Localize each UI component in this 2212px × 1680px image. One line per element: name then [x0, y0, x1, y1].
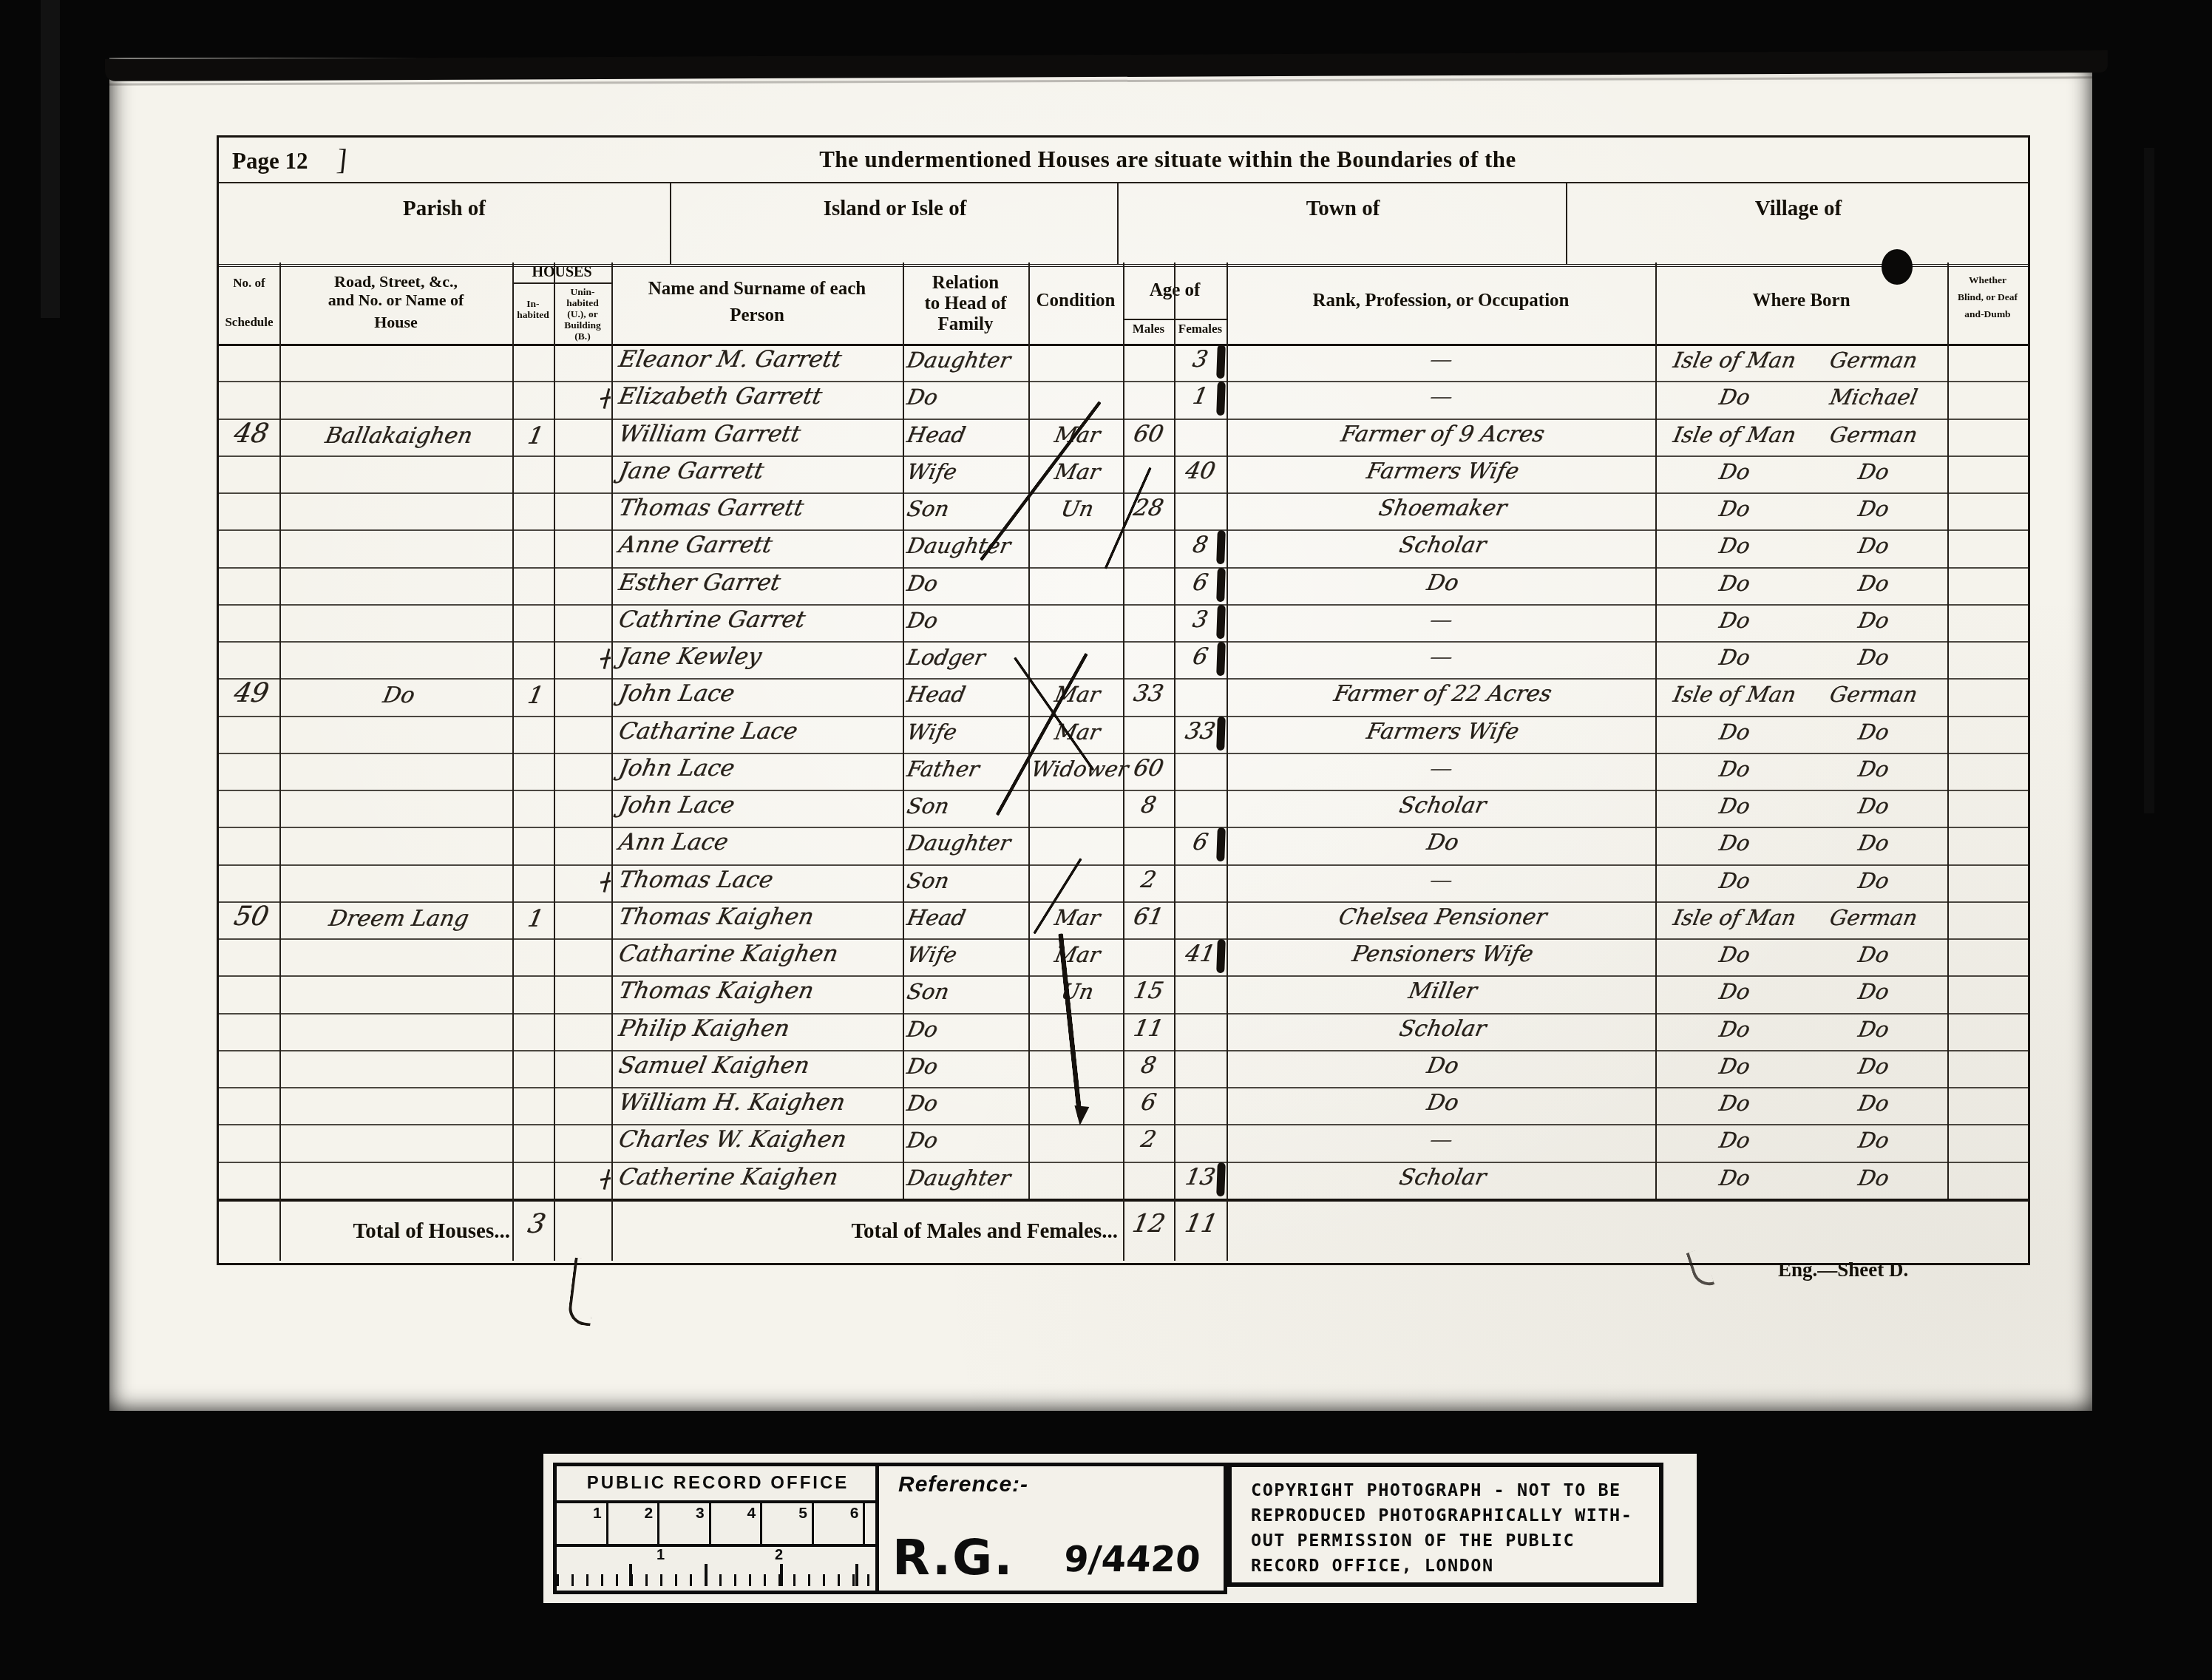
- column-rule: [279, 262, 281, 1261]
- column-rule: [1947, 262, 1949, 1199]
- where-born-parish: Do: [1805, 719, 1942, 745]
- parish-of-label: Parish of: [219, 197, 670, 221]
- copyright-line: OUT PERMISSION OF THE PUBLIC: [1251, 1528, 1659, 1553]
- where-born-county: Isle of Man: [1660, 905, 1809, 930]
- where-born-county: Do: [1660, 719, 1809, 745]
- where-born-parish: Do: [1805, 1091, 1942, 1116]
- relation-to-head: Do: [905, 1017, 1033, 1042]
- relation-to-head: Daughter: [905, 533, 1033, 558]
- schedule-number: 50: [219, 901, 284, 932]
- relation-to-head: Head: [905, 422, 1033, 447]
- person-name: William H. Kaighen: [617, 1089, 912, 1116]
- where-born-county: Do: [1660, 793, 1809, 819]
- person-name: Thomas Kaighen: [617, 978, 912, 1004]
- age-male: 2: [1122, 1126, 1175, 1153]
- where-born-county: Do: [1660, 1017, 1809, 1042]
- occupation: Shoemaker: [1227, 495, 1658, 521]
- occupation: —: [1227, 644, 1658, 670]
- column-rule: [1227, 262, 1228, 1261]
- inhabited-mark: 1: [513, 421, 558, 450]
- where-born-parish: Do: [1805, 942, 1942, 967]
- reference-label: Reference:-: [898, 1472, 1028, 1497]
- where-born-county: Do: [1660, 979, 1809, 1004]
- ink-arrowhead: [1073, 1105, 1090, 1126]
- relation-to-head: Son: [905, 979, 1033, 1004]
- relation-to-head: Wife: [905, 942, 1033, 967]
- occupation: —: [1227, 347, 1658, 373]
- person-name: Philip Kaighen: [617, 1015, 912, 1042]
- person-name: Catharine Lace: [617, 718, 912, 745]
- column-rule: [512, 262, 514, 1261]
- age-male: 8: [1122, 792, 1175, 819]
- form-title-row: Page 12 ] The undermentioned Houses are …: [219, 138, 2028, 182]
- where-born-parish: Do: [1805, 496, 1942, 521]
- copyright-line: RECORD OFFICE, LONDON: [1251, 1553, 1659, 1578]
- where-born-parish: German: [1805, 348, 1942, 373]
- person-name: Catherine Kaighen: [617, 1164, 912, 1190]
- town-of-label: Town of: [1119, 197, 1567, 221]
- boundary-cell-town: Town of: [1117, 183, 1567, 264]
- person-name: Thomas Lace: [617, 867, 912, 893]
- ink-tally-stroke: [1216, 567, 1226, 601]
- header-relation: Relation to Head of Family: [903, 262, 1028, 354]
- occupation: Farmer of 22 Acres: [1227, 681, 1658, 707]
- occupation: Farmer of 9 Acres: [1227, 421, 1658, 447]
- where-born-county: Do: [1660, 942, 1809, 967]
- column-rule: [554, 262, 555, 1261]
- public-record-office-stamp: PUBLIC RECORD OFFICE 1 2 3 4 5 6 1 2 Ref…: [543, 1454, 1697, 1603]
- island-or-isle-of-label: Island or Isle of: [671, 197, 1119, 221]
- age-male: 11: [1122, 1015, 1175, 1042]
- boundary-cell-parish: Parish of: [219, 183, 670, 264]
- form-title: The undermentioned Houses are situate wi…: [219, 146, 2028, 173]
- total-houses-value: 3: [515, 1209, 559, 1239]
- person-name: William Garrett: [617, 421, 912, 447]
- where-born-parish: Do: [1805, 533, 1942, 558]
- ink-tally-stroke: [1216, 1162, 1226, 1196]
- enumerator-tick-mark: [600, 388, 612, 410]
- relation-to-head: Do: [905, 385, 1033, 410]
- where-born-parish: Do: [1805, 645, 1942, 670]
- age-male: 15: [1122, 978, 1175, 1004]
- boundary-cell-island: Island or Isle of: [670, 183, 1119, 264]
- film-streak: [2144, 148, 2154, 813]
- where-born-county: Do: [1660, 533, 1809, 558]
- ruler-inches: 1 2: [557, 1547, 879, 1586]
- person-name: John Lace: [617, 755, 912, 782]
- where-born-county: Do: [1660, 459, 1809, 484]
- where-born-parish: Do: [1805, 1165, 1942, 1190]
- where-born-county: Do: [1660, 1054, 1809, 1079]
- where-born-parish: Do: [1805, 756, 1942, 782]
- total-females-value: 11: [1174, 1209, 1229, 1239]
- occupation: —: [1227, 607, 1658, 633]
- enumerator-tick-mark: [600, 648, 612, 671]
- relation-to-head: Son: [905, 868, 1033, 893]
- occupation: —: [1227, 1127, 1658, 1153]
- total-males-value: 12: [1122, 1209, 1175, 1239]
- where-born-parish: Do: [1805, 868, 1942, 893]
- marital-condition: Widower: [1029, 756, 1126, 782]
- where-born-county: Isle of Man: [1660, 682, 1809, 707]
- pro-ruler-box: PUBLIC RECORD OFFICE 1 2 3 4 5 6 1 2: [553, 1463, 883, 1594]
- relation-to-head: Daughter: [905, 348, 1033, 373]
- schedule-number: 48: [219, 419, 284, 449]
- age-male: 6: [1122, 1089, 1175, 1116]
- where-born-county: Do: [1660, 830, 1809, 856]
- house-name: Ballakaighen: [282, 423, 515, 449]
- header-disability: Whether Blind, or Deaf and-Dumb: [1947, 262, 2028, 356]
- copyright-box: COPYRIGHT PHOTOGRAPH - NOT TO BE REPRODU…: [1227, 1463, 1663, 1587]
- where-born-parish: Do: [1805, 459, 1942, 484]
- ink-tally-stroke: [1216, 642, 1226, 676]
- house-name: Do: [282, 682, 515, 708]
- relation-to-head: Daughter: [905, 830, 1033, 856]
- age-male: 2: [1122, 867, 1175, 893]
- where-born-county: Do: [1660, 1091, 1809, 1116]
- where-born-parish: German: [1805, 422, 1942, 447]
- inhabited-mark: 1: [513, 904, 558, 932]
- marital-condition: Un: [1029, 979, 1126, 1004]
- header-females: Females: [1174, 322, 1227, 344]
- where-born-county: Do: [1660, 868, 1809, 893]
- column-rule: [1123, 262, 1124, 1261]
- occupation: Do: [1227, 570, 1658, 596]
- person-name: Thomas Kaighen: [617, 904, 912, 930]
- column-rule: [1655, 262, 1657, 1199]
- age-male: 60: [1122, 421, 1175, 447]
- relation-to-head: Son: [905, 793, 1033, 819]
- sheet-note: Eng.—Sheet D.: [1778, 1259, 1908, 1281]
- occupation: —: [1227, 756, 1658, 782]
- ink-tally-stroke: [1216, 382, 1226, 416]
- occupation: —: [1227, 384, 1658, 410]
- where-born-parish: German: [1805, 905, 1942, 930]
- age-male: 8: [1122, 1052, 1175, 1079]
- where-born-county: Do: [1660, 1128, 1809, 1153]
- ink-tally-stroke: [1216, 939, 1226, 973]
- where-born-parish: Do: [1805, 830, 1942, 856]
- ink-tally-stroke: [1216, 716, 1226, 750]
- relation-to-head: Father: [905, 756, 1033, 782]
- where-born-county: Do: [1660, 1165, 1809, 1190]
- person-name: Eleanor M. Garrett: [617, 346, 912, 373]
- header-schedule: No. of Schedule: [219, 262, 279, 357]
- person-name: Samuel Kaighen: [617, 1052, 912, 1079]
- boundary-cell-village: Village of: [1566, 183, 2029, 264]
- relation-to-head: Do: [905, 1128, 1033, 1153]
- occupation: Scholar: [1227, 1165, 1658, 1190]
- ink-tally-stroke: [1216, 605, 1226, 639]
- where-born-parish: Do: [1805, 979, 1942, 1004]
- ink-tally-stroke: [1216, 827, 1226, 861]
- relation-to-head: Head: [905, 682, 1033, 707]
- census-form: Page 12 ] The undermentioned Houses are …: [217, 135, 2030, 1265]
- age-male: 60: [1122, 755, 1175, 782]
- column-rule: [611, 262, 613, 1261]
- occupation: Do: [1227, 1053, 1658, 1079]
- pro-office-label: PUBLIC RECORD OFFICE: [557, 1466, 879, 1503]
- where-born-parish: Do: [1805, 608, 1942, 633]
- relation-to-head: Do: [905, 1091, 1033, 1116]
- person-name: Elizabeth Garrett: [617, 383, 912, 410]
- header-males: Males: [1123, 322, 1174, 344]
- relation-to-head: Do: [905, 571, 1033, 596]
- person-name: Thomas Garrett: [617, 495, 912, 521]
- relation-to-head: Head: [905, 905, 1033, 930]
- film-edge-shadow: [105, 50, 2108, 81]
- where-born-county: Do: [1660, 385, 1809, 410]
- occupation: Scholar: [1227, 793, 1658, 819]
- where-born-county: Isle of Man: [1660, 422, 1809, 447]
- person-name: Catharine Kaighen: [617, 941, 912, 967]
- ink-tally-stroke: [1216, 345, 1226, 379]
- person-name: Cathrine Garret: [617, 606, 912, 633]
- person-name: John Lace: [617, 792, 912, 819]
- occupation: Farmers Wife: [1227, 719, 1658, 745]
- occupation: Pensioners Wife: [1227, 941, 1658, 967]
- film-streak: [41, 0, 60, 318]
- total-houses-label: Total of Houses...: [226, 1219, 510, 1244]
- occupation: —: [1227, 867, 1658, 893]
- enumerator-tick-mark: [600, 1169, 612, 1191]
- occupation: Do: [1227, 830, 1658, 856]
- occupation: Do: [1227, 1090, 1658, 1116]
- marital-condition: Mar: [1029, 682, 1126, 707]
- person-name: John Lace: [617, 680, 912, 707]
- header-road-street: Road, Street, &c., and No. or Name of Ho…: [279, 262, 512, 354]
- where-born-parish: Do: [1805, 1054, 1942, 1079]
- person-name: Jane Garrett: [617, 458, 912, 484]
- total-males-females-label: Total of Males and Females...: [736, 1219, 1118, 1244]
- inhabited-mark: 1: [513, 681, 558, 709]
- copyright-line: REPRODUCED PHOTOGRAPHICALLY WITH-: [1251, 1503, 1659, 1528]
- relation-to-head: Do: [905, 1054, 1033, 1079]
- age-male: 33: [1122, 680, 1175, 707]
- enumerator-tick-mark: [600, 872, 612, 894]
- marital-condition: Un: [1029, 496, 1126, 521]
- person-name: Ann Lace: [617, 829, 912, 856]
- person-name: Charles W. Kaighen: [617, 1126, 912, 1153]
- where-born-parish: Do: [1805, 1017, 1942, 1042]
- reference-box: Reference:- R.G. 9/4420: [875, 1463, 1227, 1594]
- relation-to-head: Wife: [905, 719, 1033, 745]
- reference-series: R.G.: [892, 1529, 1014, 1586]
- person-name: Esther Garret: [617, 569, 912, 596]
- relation-to-head: Wife: [905, 459, 1033, 484]
- marital-condition: Mar: [1029, 459, 1126, 484]
- occupation: Chelsea Pensioner: [1227, 904, 1658, 930]
- occupation: Scholar: [1227, 1016, 1658, 1042]
- where-born-county: Do: [1660, 496, 1809, 521]
- occupation: Scholar: [1227, 532, 1658, 558]
- column-rule: [903, 262, 904, 1199]
- where-born-county: Do: [1660, 756, 1809, 782]
- schedule-number: 49: [219, 678, 284, 708]
- age-male: 61: [1122, 904, 1175, 930]
- house-name: Dreem Lang: [282, 906, 515, 932]
- ruler-centimeters: 1 2 3 4 5 6: [557, 1503, 879, 1547]
- reference-number: 9/4420: [1062, 1539, 1201, 1580]
- relation-to-head: Daughter: [905, 1165, 1033, 1190]
- where-born-county: Do: [1660, 645, 1809, 670]
- marital-condition: Mar: [1029, 942, 1126, 967]
- where-born-county: Do: [1660, 608, 1809, 633]
- village-of-label: Village of: [1567, 197, 2029, 221]
- where-born-parish: Do: [1805, 571, 1942, 596]
- column-rule: [1028, 262, 1030, 1199]
- occupation: Farmers Wife: [1227, 458, 1658, 484]
- where-born-county: Do: [1660, 571, 1809, 596]
- where-born-parish: German: [1805, 682, 1942, 707]
- occupation: Miller: [1227, 978, 1658, 1004]
- person-name: Jane Kewley: [617, 643, 912, 670]
- copyright-line: COPYRIGHT PHOTOGRAPH - NOT TO BE: [1251, 1477, 1659, 1503]
- boundary-band: Parish of Island or Isle of Town of Vill…: [219, 182, 2028, 267]
- where-born-parish: Do: [1805, 793, 1942, 819]
- where-born-parish: Michael: [1805, 385, 1942, 410]
- relation-to-head: Do: [905, 608, 1033, 633]
- person-name: Anne Garrett: [617, 532, 912, 558]
- age-female: 40: [1173, 458, 1228, 484]
- census-photograph: Page 12 ] The undermentioned Houses are …: [0, 0, 2212, 1680]
- where-born-parish: Do: [1805, 1128, 1942, 1153]
- ink-tally-stroke: [1216, 530, 1226, 564]
- where-born-county: Isle of Man: [1660, 348, 1809, 373]
- column-rule: [1174, 262, 1175, 1261]
